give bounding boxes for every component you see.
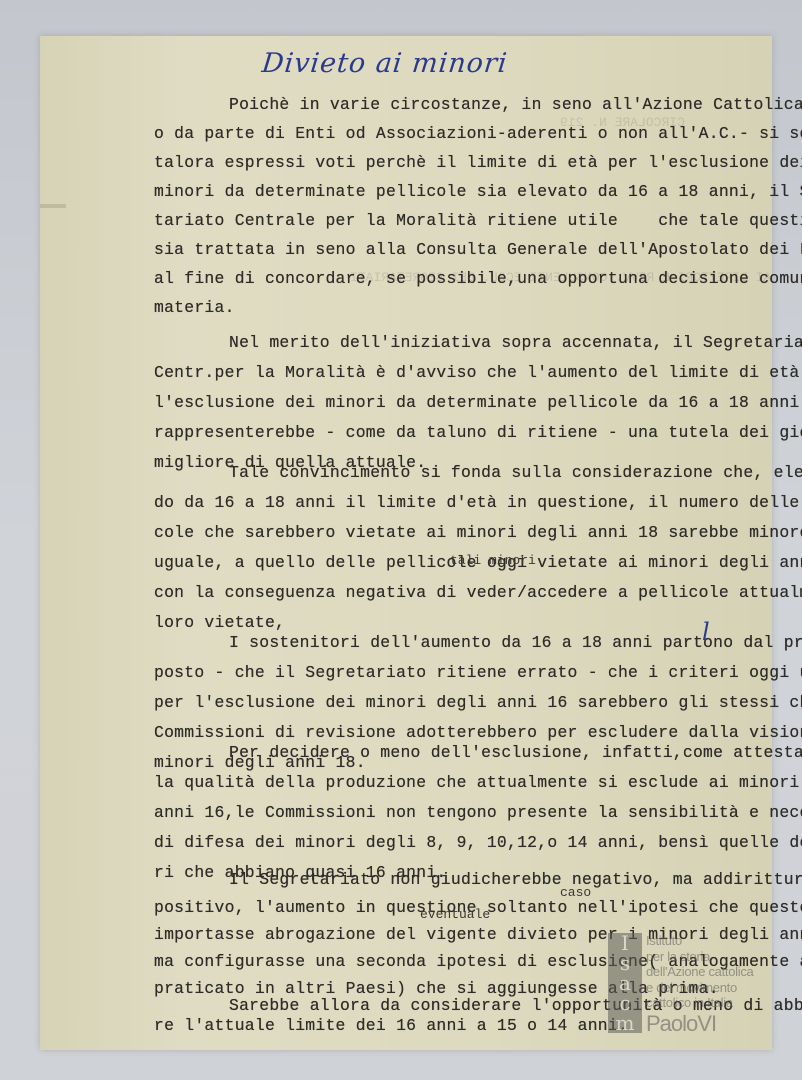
text-line: rappresenterebbe - come da taluno di rit… xyxy=(154,423,802,442)
text-line: I sostenitori dell'aumento da 16 a 18 an… xyxy=(229,633,802,652)
text-line: per l'esclusione dei minori degli anni 1… xyxy=(154,693,802,712)
text-line: la qualità della produzione che attualme… xyxy=(154,773,802,792)
institute-watermark: I s a c m Istituto per la storia dell'Az… xyxy=(608,933,778,1038)
text-line: materia. xyxy=(154,298,235,317)
text-line: re l'attuale limite dei 16 anni a 15 o 1… xyxy=(154,1016,628,1035)
text-line: Tale convincimento si fonda sulla consid… xyxy=(229,463,802,482)
text-line: posto - che il Segretariato ritiene erra… xyxy=(154,663,802,682)
text-line: minori da determinate pellicole sia elev… xyxy=(154,182,802,201)
text-line: Poichè in varie circostanze, in seno all… xyxy=(229,95,802,114)
text-line: Nel merito dell'iniziativa sopra accenna… xyxy=(229,333,802,352)
text-line: di difesa dei minori degli 8, 9, 10,12,o… xyxy=(154,833,802,852)
text-line: con la conseguenza negativa di veder/acc… xyxy=(154,583,802,602)
watermark-brand: PaoloVI xyxy=(646,1011,753,1037)
watermark-text: Istituto per la storia dell'Azione catto… xyxy=(646,933,753,1037)
handwritten-title: Divieto ai minori xyxy=(260,48,509,79)
text-line: tariato Centrale per la Moralità ritiene… xyxy=(154,211,802,230)
text-line: Centr.per la Moralità è d'avviso che l'a… xyxy=(154,363,802,382)
text-line: o da parte di Enti od Associazioni-adere… xyxy=(154,124,802,143)
isacem-logo-icon: I s a c m xyxy=(608,933,642,1033)
text-line: talora espressi voti perchè il limite di… xyxy=(154,153,802,172)
text-line: anni 16,le Commissioni non tengono prese… xyxy=(154,803,802,822)
text-line: loro vietate, xyxy=(154,613,285,632)
interlinear-correction: eventuale xyxy=(420,907,490,922)
text-line: Per decidere o meno dell'esclusione, inf… xyxy=(229,743,802,762)
text-line: cole che sarebbero vietate ai minori deg… xyxy=(154,523,802,542)
text-line: Il Segretariato non giudicherebbe negati… xyxy=(229,870,802,889)
text-line: Commissioni di revisione adotterebbero p… xyxy=(154,723,802,742)
text-line: al fine di concordare, se possibile,una … xyxy=(154,269,802,288)
interlinear-correction: tali minori xyxy=(450,553,536,568)
text-line: sia trattata in seno alla Consulta Gener… xyxy=(154,240,802,259)
text-line: l'esclusione dei minori da determinate p… xyxy=(154,393,802,412)
pen-correction-mark: l xyxy=(702,618,710,646)
paper-fold-mark xyxy=(40,204,66,208)
text-line: do da 16 a 18 anni il limite d'età in qu… xyxy=(154,493,802,512)
